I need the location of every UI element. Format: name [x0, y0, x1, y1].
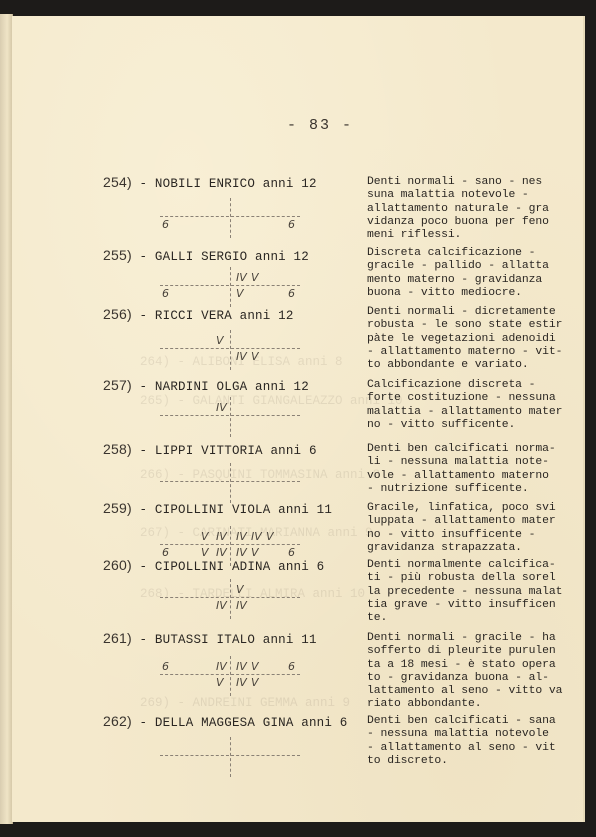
- tooth-mark-upper-left: IV: [216, 401, 227, 414]
- entry-number: 258): [103, 441, 132, 457]
- dental-chart-vertical-axis: [230, 198, 231, 238]
- dental-chart-vertical-axis: [230, 737, 231, 777]
- dental-chart: [160, 735, 300, 779]
- clinical-description: Denti normali - sano - nes suna malattia…: [367, 176, 582, 242]
- clinical-description: Calcificazione discreta - forte costituz…: [367, 379, 582, 432]
- tooth-mark-upper-left: V: [216, 334, 224, 347]
- tooth-mark-upper-right: IV: [236, 660, 247, 673]
- tooth-mark-lower-right: IV: [236, 350, 247, 363]
- tooth-mark-lower-left: IV: [216, 599, 227, 612]
- patient-name-age: - CIPOLLINI ADINA anni 6: [140, 560, 325, 574]
- patient-header: 258) - LIPPI VITTORIA anni 6: [103, 441, 317, 458]
- dental-chart: 6IVIVV6VIVV: [160, 654, 300, 698]
- tooth-mark-lower-right: 6: [288, 218, 295, 231]
- patient-header: 254) - NOBILI ENRICO anni 12: [103, 174, 317, 191]
- patient-header: 259) - CIPOLLINI VIOLA anni 11: [103, 500, 332, 517]
- tooth-mark-lower-right: 6: [288, 287, 295, 300]
- dental-chart-vertical-axis: [230, 330, 231, 370]
- tooth-mark-upper-right: 6: [288, 660, 295, 673]
- tooth-mark-lower-right: V: [251, 350, 259, 363]
- patient-name-age: - NOBILI ENRICO anni 12: [140, 177, 317, 191]
- tooth-mark-lower-left: 6: [162, 218, 169, 231]
- tooth-mark-lower-right: V: [251, 676, 259, 689]
- clinical-description: Denti ben calcificati - sana - nessuna m…: [367, 715, 582, 768]
- tooth-mark-lower-left: V: [216, 676, 224, 689]
- dental-chart: IVV6V6: [160, 265, 300, 309]
- patient-name-age: - DELLA MAGGESA GINA anni 6: [140, 716, 348, 730]
- tooth-mark-upper-right: IV: [251, 530, 262, 543]
- tooth-mark-lower-right: IV: [236, 676, 247, 689]
- dental-chart-vertical-axis: [230, 463, 231, 503]
- dental-chart-vertical-axis: [230, 656, 231, 696]
- tooth-mark-upper-right: V: [251, 660, 259, 673]
- entry-number: 257): [103, 377, 132, 393]
- patient-name-age: - RICCI VERA anni 12: [140, 309, 294, 323]
- clinical-description: Denti normalmente calcifica- ti - più ro…: [367, 559, 582, 625]
- entry-number: 255): [103, 247, 132, 263]
- tooth-mark-upper-left: IV: [216, 530, 227, 543]
- tooth-mark-upper-right: IV: [236, 530, 247, 543]
- patient-name-age: - NARDINI OLGA anni 12: [140, 380, 309, 394]
- tooth-mark-lower-right: V: [236, 287, 244, 300]
- dental-chart: 66: [160, 196, 300, 240]
- patient-header: 257) - NARDINI OLGA anni 12: [103, 377, 309, 394]
- page-number: - 83 -: [287, 117, 353, 134]
- clinical-description: Denti normali - dicretamente robusta - l…: [367, 306, 582, 372]
- dental-chart-vertical-axis: [230, 267, 231, 307]
- patient-name-age: - LIPPI VITTORIA anni 6: [140, 444, 317, 458]
- clinical-description: Denti normali - gracile - ha sofferto di…: [367, 632, 582, 712]
- tooth-mark-upper-left: IV: [216, 660, 227, 673]
- entry-number: 254): [103, 174, 132, 190]
- patient-header: 260) - CIPOLLINI ADINA anni 6: [103, 557, 324, 574]
- patient-header: 261) - BUTASSI ITALO anni 11: [103, 630, 317, 647]
- clinical-description: Discreta calcificazione - gracile - pall…: [367, 247, 582, 300]
- entry-number: 259): [103, 500, 132, 516]
- patient-header: 256) - RICCI VERA anni 12: [103, 306, 294, 323]
- tooth-mark-upper-right: IV: [236, 271, 247, 284]
- dental-chart-vertical-axis: [230, 397, 231, 437]
- tooth-mark-lower-right: IV: [236, 599, 247, 612]
- clinical-description: Gracile, linfatica, poco svi luppata - a…: [367, 502, 582, 555]
- patient-name-age: - GALLI SERGIO anni 12: [140, 250, 309, 264]
- entry-number: 260): [103, 557, 132, 573]
- clinical-description: Denti ben calcificati norma- li - nessun…: [367, 443, 582, 496]
- entry-number: 256): [103, 306, 132, 322]
- patient-name-age: - CIPOLLINI VIOLA anni 11: [140, 503, 333, 517]
- entry-number: 262): [103, 713, 132, 729]
- tooth-mark-upper-right: V: [236, 583, 244, 596]
- dental-chart: VIVIV: [160, 577, 300, 621]
- dental-chart: IV: [160, 395, 300, 439]
- patient-name-age: - BUTASSI ITALO anni 11: [140, 633, 317, 647]
- bleed-through-line: 269) - ANDREINI GEMMA anni 9: [140, 696, 350, 710]
- tooth-mark-lower-left: 6: [162, 287, 169, 300]
- tooth-mark-upper-right: V: [266, 530, 274, 543]
- document-page: 264) - ALIBONI ELISA anni 8 265) - GALAN…: [12, 16, 585, 822]
- tooth-mark-upper-right: V: [251, 271, 259, 284]
- dental-chart: [160, 461, 300, 505]
- patient-header: 255) - GALLI SERGIO anni 12: [103, 247, 309, 264]
- dental-chart-vertical-axis: [230, 579, 231, 619]
- patient-header: 262) - DELLA MAGGESA GINA anni 6: [103, 713, 347, 730]
- tooth-mark-upper-left: 6: [162, 660, 169, 673]
- tooth-mark-upper-left: V: [201, 530, 209, 543]
- dental-chart: VIVV: [160, 328, 300, 372]
- entry-number: 261): [103, 630, 132, 646]
